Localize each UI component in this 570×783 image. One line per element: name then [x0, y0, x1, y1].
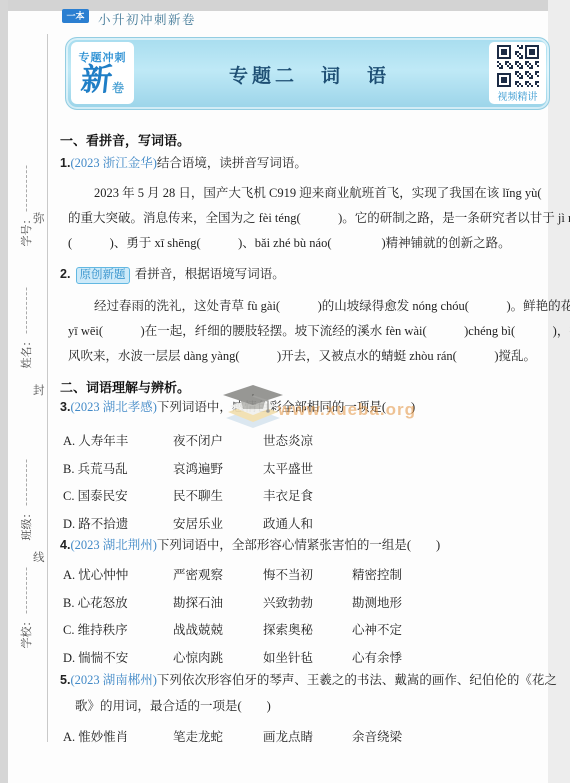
option-cell: A. 忧心忡忡 [63, 565, 173, 583]
question-1-number: 1. [60, 156, 70, 170]
option-cell: 勘测地形 [352, 593, 547, 611]
seal-char-mi: 弥 [33, 210, 45, 226]
seal-char-xian: 线 [33, 549, 45, 565]
qr-caption: 视频精讲 [489, 92, 546, 104]
publisher-logo: 一本 [62, 9, 89, 23]
passage-line: yī wēi( )在一起，纤细的腰肢轻摆。坡下流经的溪水 fèn wài( )c… [68, 319, 547, 344]
scan-edge-right [548, 0, 570, 783]
option-cell: 兴致勃勃 [263, 593, 352, 611]
option-cell: 世态炎凉 [263, 431, 547, 449]
option-cell: 严密观察 [173, 565, 263, 583]
option-cell: C. 维持秩序 [63, 620, 173, 638]
question-5-number: 5. [60, 673, 70, 687]
option-cell: 探索奥秘 [263, 620, 352, 638]
question-3-options: A. 人寿年丰夜不闭户世态炎凉 B. 兵荒马乱哀鸿遍野太平盛世 C. 国泰民安民… [63, 431, 547, 541]
option-cell: C. 国泰民安 [63, 486, 173, 504]
option-cell: 夜不闭户 [173, 431, 263, 449]
option-cell: 笔走龙蛇 [173, 727, 263, 745]
option-row-b: B. 心花怒放勘探石油兴致勃勃勘测地形 [63, 593, 547, 621]
option-cell: 心惊肉跳 [173, 648, 263, 666]
question-3-stem: 下列词语中，感情色彩全部相同的一项是( ) [157, 400, 415, 414]
qr-panel: 视频精讲 [489, 42, 546, 104]
school-field: 学校： [18, 568, 34, 649]
option-cell: D. 路不拾遗 [63, 514, 173, 532]
option-cell: 太平盛世 [263, 459, 547, 477]
option-cell: 画龙点睛 [263, 727, 352, 745]
passage-line: ( )、勇于 xī shēng( )、bǎi zhé bù náo( )精神铺就… [68, 231, 547, 256]
question-2-stem: 看拼音，根据语境写词语。 [135, 267, 285, 281]
school-label: 学校： [21, 616, 33, 649]
option-cell: 战战兢兢 [173, 620, 263, 638]
option-cell: B. 心花怒放 [63, 593, 173, 611]
fill-line [25, 568, 27, 614]
option-cell: 哀鸿遍野 [173, 459, 263, 477]
question-4-source: (2023 湖北荆州) [70, 538, 156, 552]
scan-edge-left [0, 0, 8, 783]
question-5-options: A. 惟妙惟肖笔走龙蛇画龙点睛余音绕梁 [63, 727, 547, 755]
option-cell: 心神不定 [352, 620, 547, 638]
option-cell: A. 人寿年丰 [63, 431, 173, 449]
question-1-passage: 2023 年 5 月 28 日，国产大飞机 C919 迎来商业航班首飞，实现了我… [68, 181, 547, 256]
passage-line: 经过春雨的洗礼，这处青草 fù gài( )的山坡绿得愈发 nóng chóu(… [68, 294, 547, 319]
option-row-b: B. 兵荒马乱哀鸿遍野太平盛世 [63, 459, 547, 487]
option-cell: 心有余悸 [352, 648, 547, 666]
option-cell: 民不聊生 [173, 486, 263, 504]
question-3-number: 3. [60, 400, 70, 414]
question-1-source: (2023 浙江金华) [70, 156, 156, 170]
question-4-stem: 下列词语中，全部形容心情紧张害怕的一组是( ) [157, 538, 440, 552]
question-1-stem: 结合语境，读拼音写词语。 [157, 156, 307, 170]
question-4-number: 4. [60, 538, 70, 552]
option-row-a: A. 人寿年丰夜不闭户世态炎凉 [63, 431, 547, 459]
question-4-head: 4.(2023 湖北荆州)下列词语中，全部形容心情紧张害怕的一组是( ) [60, 533, 562, 559]
question-5-head: 5.(2023 湖南郴州)下列依次形容伯牙的琴声、王羲之的书法、戴嵩的画作、纪伯… [60, 668, 562, 719]
section-1-heading: 一、看拼音，写词语。 [60, 130, 190, 149]
question-2-passage: 经过春雨的洗礼，这处青草 fù gài( )的山坡绿得愈发 nóng chóu(… [68, 294, 547, 369]
series-title: 小升初冲刺新卷 [98, 10, 196, 28]
option-cell: 丰衣足食 [263, 486, 547, 504]
student-id-field: 学号： [18, 166, 34, 247]
student-id-label: 学号： [21, 214, 33, 247]
option-row-c: C. 国泰民安民不聊生丰衣足食 [63, 486, 547, 514]
fill-line [25, 166, 27, 212]
option-cell: 安居乐业 [173, 514, 263, 532]
passage-line: 2023 年 5 月 28 日，国产大飞机 C919 迎来商业航班首飞，实现了我… [68, 181, 547, 206]
option-cell: B. 兵荒马乱 [63, 459, 173, 477]
option-cell: 悔不当初 [263, 565, 352, 583]
fill-line [25, 288, 27, 334]
option-cell: A. 惟妙惟肖 [63, 727, 173, 745]
option-row-a: A. 惟妙惟肖笔走龙蛇画龙点睛余音绕梁 [63, 727, 547, 755]
question-4-options: A. 忧心忡忡严密观察悔不当初精密控制 B. 心花怒放勘探石油兴致勃勃勘测地形 … [63, 565, 547, 675]
qr-code-icon [497, 45, 539, 87]
option-cell: 政通人和 [263, 514, 547, 532]
section-2-heading: 二、词语理解与辨析。 [60, 377, 190, 396]
question-2-head: 2. 原创新题 看拼音，根据语境写词语。 [60, 262, 562, 288]
student-name-field: 姓名： [18, 288, 34, 369]
question-1-head: 1.(2023 浙江金华)结合语境，读拼音写词语。 [60, 151, 562, 177]
option-row-a: A. 忧心忡忡严密观察悔不当初精密控制 [63, 565, 547, 593]
option-cell: 如坐针毡 [263, 648, 352, 666]
topic-title: 专题二 词 语 [66, 61, 549, 88]
option-cell: 精密控制 [352, 565, 547, 583]
passage-line: 风吹来，水波一层层 dàng yàng( )开去，又被点水的蜻蜓 zhòu rá… [68, 344, 547, 369]
option-row-c: C. 维持秩序战战兢兢探索奥秘心神不定 [63, 620, 547, 648]
fill-line [25, 460, 27, 506]
student-name-label: 姓名： [21, 336, 33, 369]
class-field: 班级： [18, 460, 34, 541]
seal-char-feng: 封 [33, 382, 45, 398]
option-cell: D. 惴惴不安 [63, 648, 173, 666]
question-3-head: 3.(2023 湖北孝感)下列词语中，感情色彩全部相同的一项是( ) [60, 395, 562, 421]
option-cell: 余音绕梁 [352, 727, 547, 745]
seal-divider-line [47, 34, 48, 742]
question-2-number: 2. [60, 267, 70, 281]
question-3-source: (2023 湖北孝感) [70, 400, 156, 414]
passage-line: 的重大突破。消息传来，全国为之 fèi téng( )。它的研制之路，是一条研究… [68, 206, 547, 231]
option-cell: 勘探石油 [173, 593, 263, 611]
question-5-source: (2023 湖南郴州) [70, 673, 156, 687]
original-question-badge: 原创新题 [76, 267, 130, 284]
class-label: 班级： [21, 508, 33, 541]
topic-banner: 专题冲刺 新卷 专题二 词 语 视频精讲 [65, 37, 550, 110]
